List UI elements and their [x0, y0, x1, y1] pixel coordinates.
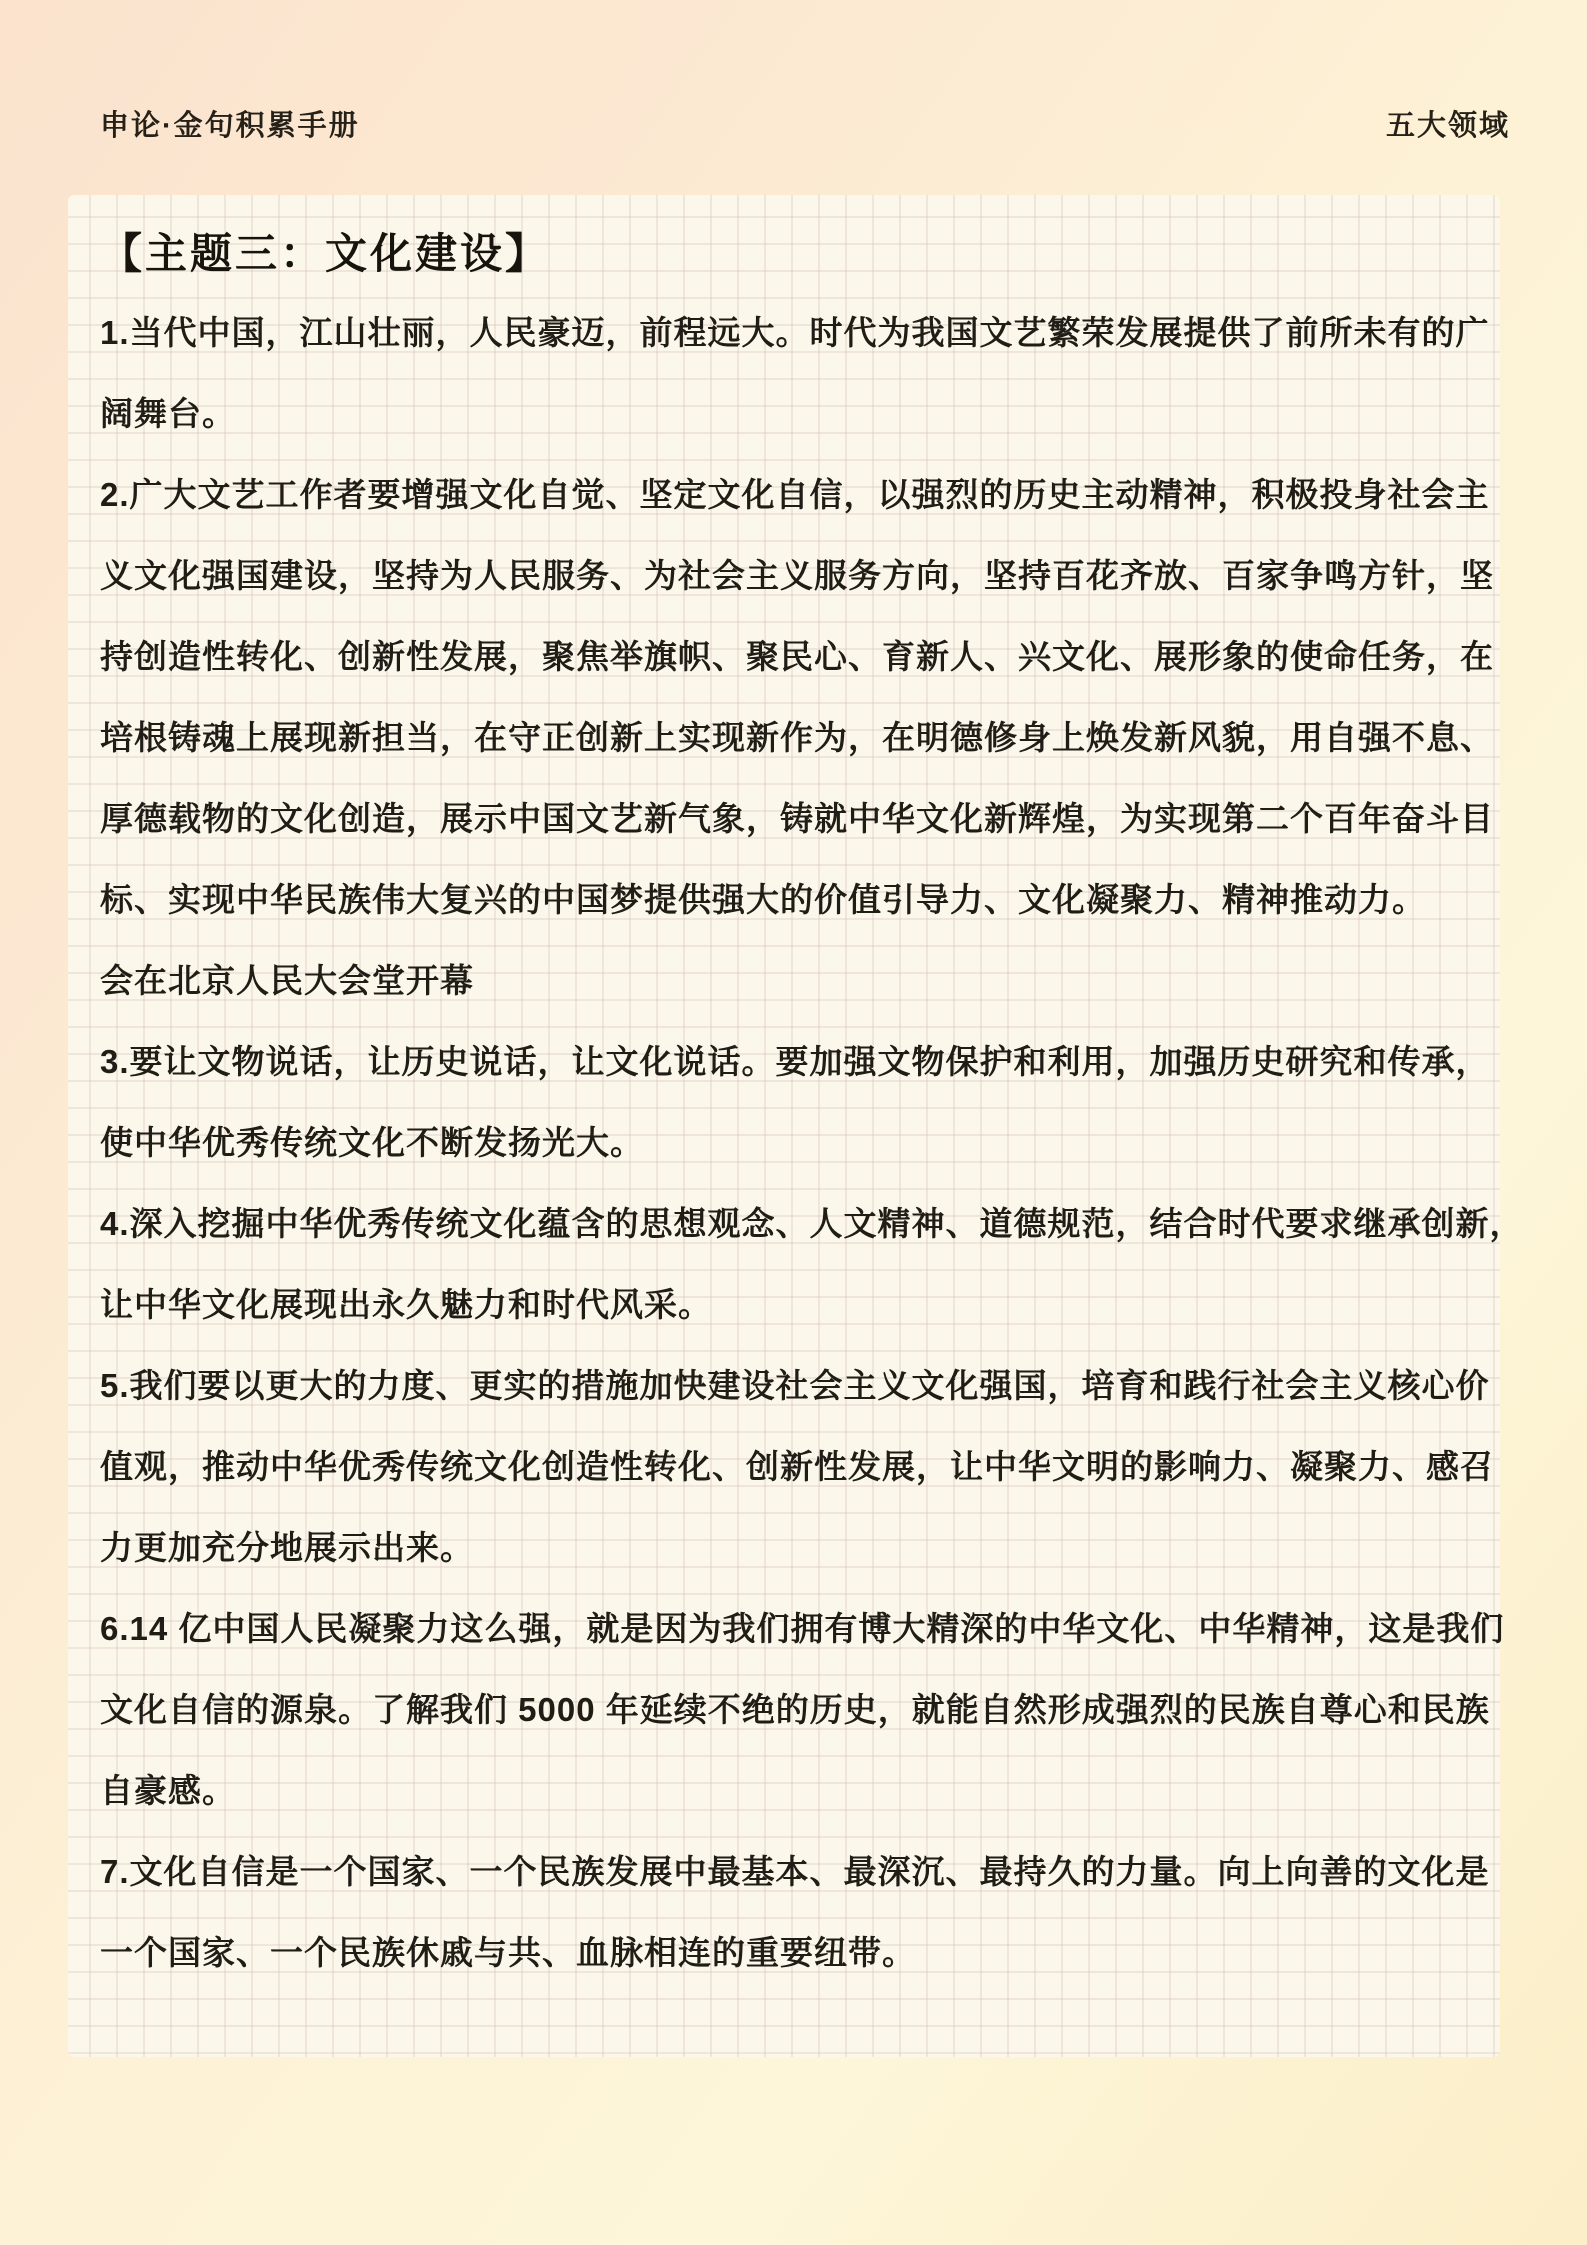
text-line: 培根铸魂上展现新担当，在守正创新上实现新作为，在明德修身上焕发新风貌，用自强不息…	[100, 695, 1480, 776]
text-line: 一个国家、一个民族休戚与共、血脉相连的重要纽带。	[100, 1910, 1480, 1991]
text-line: 厚德载物的文化创造，展示中国文艺新气象，铸就中华文化新辉煌，为实现第二个百年奋斗…	[100, 776, 1480, 857]
text-line: 自豪感。	[100, 1748, 1480, 1829]
text-line: 文化自信的源泉。了解我们 5000 年延续不绝的历史，就能自然形成强烈的民族自尊…	[100, 1667, 1480, 1748]
text-line: 义文化强国建设，坚持为人民服务、为社会主义服务方向，坚持百花齐放、百家争鸣方针，…	[100, 533, 1480, 614]
text-line: 2.广大文艺工作者要增强文化自觉、坚定文化自信，以强烈的历史主动精神，积极投身社…	[100, 452, 1480, 533]
text-line: 使中华优秀传统文化不断发扬光大。	[100, 1100, 1480, 1181]
text-line: 1.当代中国，江山壮丽，人民豪迈，前程远大。时代为我国文艺繁荣发展提供了前所未有…	[100, 290, 1480, 371]
content-card: 【主题三：文化建设】 1.当代中国，江山壮丽，人民豪迈，前程远大。时代为我国文艺…	[68, 195, 1500, 2057]
topic-title: 【主题三：文化建设】	[100, 221, 550, 281]
text-line: 3.要让文物说话，让历史说话，让文化说话。要加强文物保护和利用，加强历史研究和传…	[100, 1019, 1480, 1100]
text-line: 6.14 亿中国人民凝聚力这么强，就是因为我们拥有博大精深的中华文化、中华精神，…	[100, 1586, 1480, 1667]
text-line: 会在北京人民大会堂开幕	[100, 938, 1480, 1019]
text-line: 力更加充分地展示出来。	[100, 1505, 1480, 1586]
text-line: 值观，推动中华优秀传统文化创造性转化、创新性发展，让中华文明的影响力、凝聚力、感…	[100, 1424, 1480, 1505]
document-page: 申论·金句积累手册 五大领域 【主题三：文化建设】 1.当代中国，江山壮丽，人民…	[0, 0, 1587, 2245]
section-label: 五大领域	[1386, 103, 1510, 144]
text-line: 4.深入挖掘中华优秀传统文化蕴含的思想观念、人文精神、道德规范，结合时代要求继承…	[100, 1181, 1480, 1262]
handbook-title: 申论·金句积累手册	[100, 103, 360, 144]
body-text: 1.当代中国，江山壮丽，人民豪迈，前程远大。时代为我国文艺繁荣发展提供了前所未有…	[100, 290, 1480, 1991]
text-line: 让中华文化展现出永久魅力和时代风采。	[100, 1262, 1480, 1343]
text-line: 5.我们要以更大的力度、更实的措施加快建设社会主义文化强国，培育和践行社会主义核…	[100, 1343, 1480, 1424]
text-line: 阔舞台。	[100, 371, 1480, 452]
text-line: 标、实现中华民族伟大复兴的中国梦提供强大的价值引导力、文化凝聚力、精神推动力。	[100, 857, 1480, 938]
text-line: 持创造性转化、创新性发展，聚焦举旗帜、聚民心、育新人、兴文化、展形象的使命任务，…	[100, 614, 1480, 695]
text-line: 7.文化自信是一个国家、一个民族发展中最基本、最深沉、最持久的力量。向上向善的文…	[100, 1829, 1480, 1910]
